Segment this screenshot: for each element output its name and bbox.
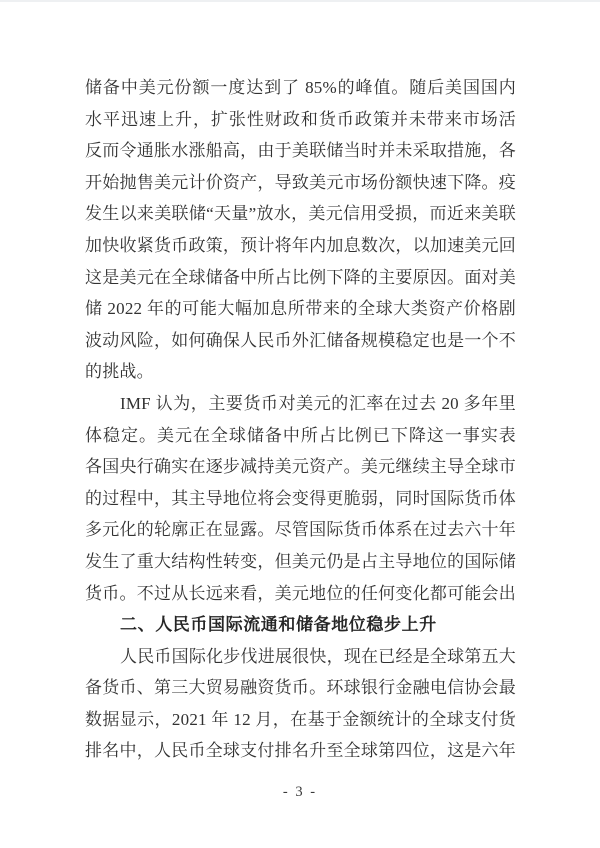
text-line paragraph-end: 货币。不过从长远来看，美元地位的任何变化都可能会出现。 [85, 578, 516, 610]
text-line: 发生以来美联储“天量”放水，美元信用受损，而近来美联储 [85, 198, 516, 230]
text-line: 波动风险，如何确保人民币外汇储备规模稳定也是一个不小 [85, 325, 516, 357]
text-line: 多元化的轮廓正在显露。尽管国际货币体系在过去六十年里 [85, 514, 516, 546]
text-line: 开始抛售美元计价资产，导致美元市场份额快速下降。疫情 [85, 167, 516, 199]
document-page: 储备中美元份额一度达到了 85%的峰值。随后美国国内物价 水平迅速上升，扩张性财… [0, 0, 600, 848]
text-line: 反而令通胀水涨船高，由于美联储当时并未采取措施，各国 [85, 135, 516, 167]
text-line: 的过程中，其主导地位将会变得更脆弱，同时国际货币体系 [85, 483, 516, 515]
text-line: 加快收紧货币政策，预计将年内加息数次，以加速美元回流， [85, 230, 516, 262]
text-line: 各国央行确实在逐步减持美元资产。美元继续主导全球市场 [85, 451, 516, 483]
page-number: - 3 - [0, 784, 600, 801]
text-line: 这是美元在全球储备中所占比例下降的主要原因。面对美联 [85, 262, 516, 294]
text-line paragraph-start: 人民币国际化步伐进展很快，现在已经是全球第五大储 [85, 641, 516, 673]
text-line paragraph-end: 的挑战。 [85, 356, 516, 388]
text-line paragraph-start: IMF 认为，主要货币对美元的汇率在过去 20 多年里整 [85, 388, 516, 420]
text-line: 排名中，人民币全球支付排名升至全球第四位，这是六年来 [85, 735, 516, 767]
document-body-text: 储备中美元份额一度达到了 85%的峰值。随后美国国内物价 水平迅速上升，扩张性财… [85, 72, 516, 767]
text-line: 备货币、第三大贸易融资货币。环球银行金融电信协会最新 [85, 672, 516, 704]
text-line: 数据显示，2021 年 12 月，在基于金额统计的全球支付货币 [85, 704, 516, 736]
text-line: 储备中美元份额一度达到了 85%的峰值。随后美国国内物价 [85, 72, 516, 104]
text-line: 储 2022 年的可能大幅加息所带来的全球大类资产价格剧烈 [85, 293, 516, 325]
text-line: 水平迅速上升，扩张性财政和货币政策并未带来市场活力， [85, 104, 516, 136]
section-heading: 二、人民币国际流通和储备地位稳步上升 [85, 609, 516, 641]
text-line: 体稳定。美元在全球储备中所占比例已下降这一事实表明， [85, 420, 516, 452]
text-line: 发生了重大结构性转变，但美元仍是占主导地位的国际储备 [85, 546, 516, 578]
